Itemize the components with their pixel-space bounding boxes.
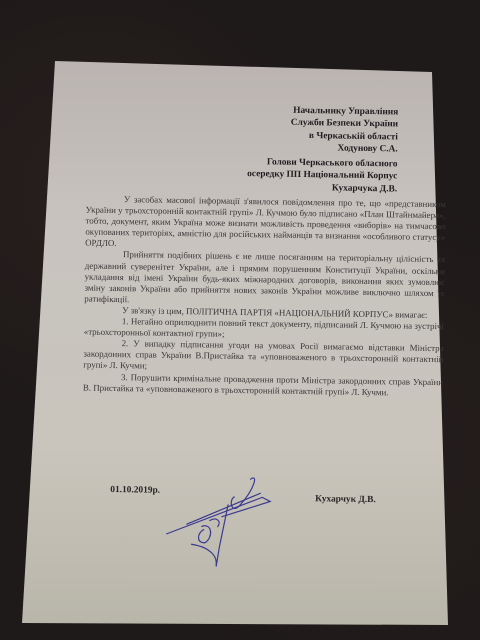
paragraph: Прийняття подібних рішень є не лише пося… bbox=[84, 249, 445, 310]
letter-content: Начальнику Управління Служби Безпеки Укр… bbox=[0, 0, 480, 640]
letter-body: У засобах масової інформації з'явилося п… bbox=[83, 194, 446, 399]
sender-line: Кухарчука Д.В. bbox=[247, 181, 397, 196]
addressee-line: Ходунову С.А. bbox=[290, 142, 398, 156]
signature-icon bbox=[161, 474, 282, 568]
addressee-sbu: Начальнику Управління Служби Безпеки Укр… bbox=[290, 105, 398, 156]
sender-line: осередку ПП Національний Корпус bbox=[247, 169, 397, 184]
sender-block: Голови Черкаського обласного осередку ПП… bbox=[247, 156, 398, 196]
demand-item: 3. Порушити кримінальне провадження прот… bbox=[83, 371, 443, 399]
paragraph: У засобах масової інформації з'явилося п… bbox=[85, 194, 446, 255]
letter-date: 01.10.2019р. bbox=[110, 485, 160, 496]
demand-item: 2. У випадку підписання угоди на умовах … bbox=[83, 338, 443, 377]
addressee-line: Служби Безпеки України bbox=[291, 117, 399, 131]
signer-name: Кухарчук Д.В. bbox=[315, 494, 376, 505]
